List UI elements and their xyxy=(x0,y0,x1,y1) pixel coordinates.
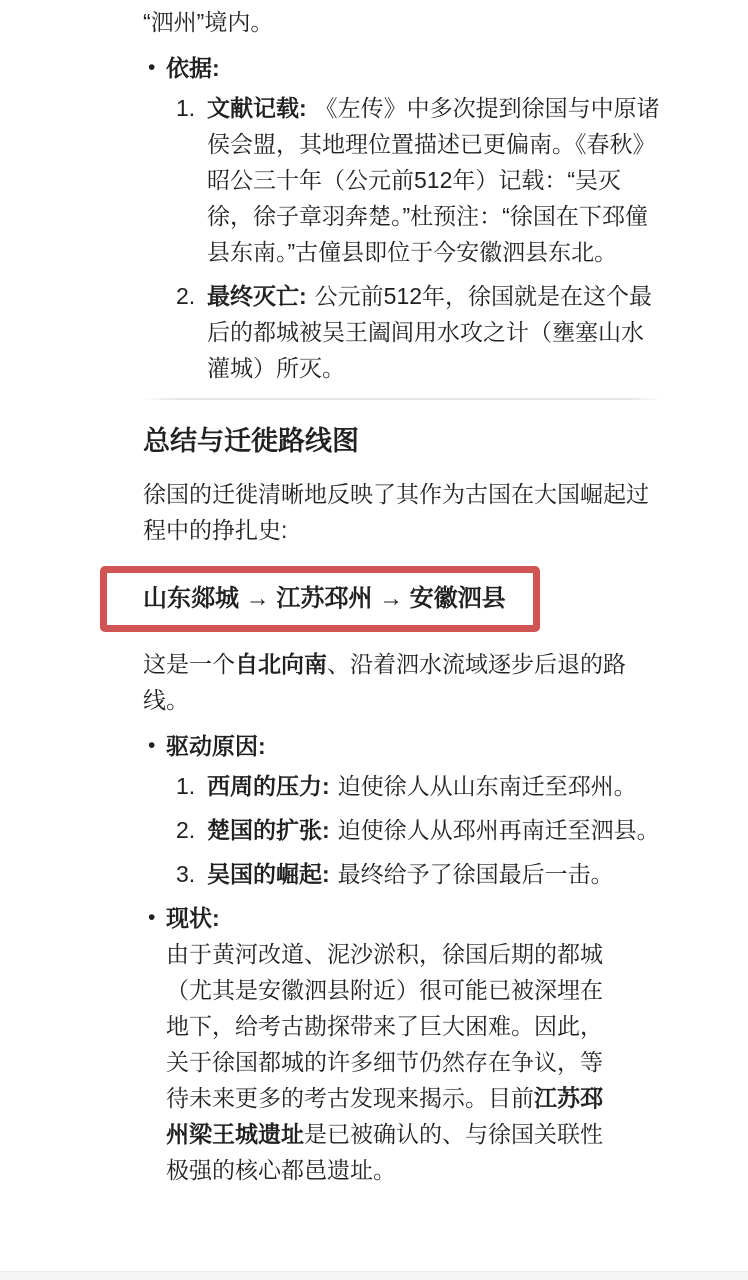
evidence-item-1: 1. 文献记载:《左传》中多次提到徐国与中原诸侯会盟，其地理位置描述已更偏南。《… xyxy=(143,90,662,270)
bullet-item-status: • 现状: xyxy=(143,900,662,936)
bullet-marker: • xyxy=(143,728,166,764)
evidence-label: 依据: xyxy=(166,50,220,86)
drivers-item-3-label: 吴国的崛起: xyxy=(207,861,330,887)
drivers-item-1-body: 迫使徐人从山东南迁至邳州。 xyxy=(330,773,637,799)
message-scroll-area[interactable]: “泗州”境内。 • 依据: 1. 文献记载:《左传》中多次提到徐国与中原诸侯会盟… xyxy=(0,0,748,1271)
evidence-item-1-label: 文献记载: xyxy=(207,95,307,121)
route-note-pre: 这是一个 xyxy=(143,651,235,677)
drivers-item-1-text: 西周的压力:迫使徐人从山东南迁至邳州。 xyxy=(207,768,662,804)
drivers-label: 驱动原因: xyxy=(166,728,266,764)
evidence-item-2-text: 最终灭亡:公元前512年，徐国就是在这个最后的都城被吴王阖闾用水攻之计（壅塞山水… xyxy=(207,278,662,386)
evidence-item-1-text: 文献记载:《左传》中多次提到徐国与中原诸侯会盟，其地理位置描述已更偏南。《春秋》… xyxy=(207,90,662,270)
drivers-item-1-label: 西周的压力: xyxy=(207,773,330,799)
list-number: 3. xyxy=(176,856,207,892)
section-divider xyxy=(143,398,662,400)
drivers-item-3: 3. 吴国的崛起:最终给予了徐国最后一击。 xyxy=(143,856,662,892)
drivers-item-2-body: 迫使徐人从邳州再南迁至泗县。 xyxy=(330,817,660,843)
composer-top-edge[interactable] xyxy=(0,1271,748,1280)
route-note-paragraph: 这是一个自北向南、沿着泗水流域逐步后退的路线。 xyxy=(143,646,662,718)
drivers-item-3-text: 吴国的崛起:最终给予了徐国最后一击。 xyxy=(207,856,662,892)
route-note-bold: 自北向南 xyxy=(235,651,327,677)
drivers-item-2: 2. 楚国的扩张:迫使徐人从邳州再南迁至泗县。 xyxy=(143,812,662,848)
status-paragraph: 由于黄河改道、泥沙淤积，徐国后期的都城（尤其是安徽泗县附近）很可能已被深埋在地下… xyxy=(166,936,662,1188)
list-number: 1. xyxy=(176,90,207,126)
evidence-item-2-label: 最终灭亡: xyxy=(207,283,307,309)
drivers-item-1: 1. 西周的压力:迫使徐人从山东南迁至邳州。 xyxy=(143,768,662,804)
summary-intro-paragraph: 徐国的迁徙清晰地反映了其作为古国在大国崛起过程中的挣扎史: xyxy=(143,476,662,548)
bullet-marker: • xyxy=(143,900,166,936)
list-number: 1. xyxy=(176,768,207,804)
route-highlight-box: 山东郯城 → 江苏邳州 → 安徽泗县 xyxy=(100,566,540,632)
list-number: 2. xyxy=(176,278,207,314)
paragraph-intro-tail: “泗州”境内。 xyxy=(143,4,662,40)
drivers-item-2-text: 楚国的扩张:迫使徐人从邳州再南迁至泗县。 xyxy=(207,812,662,848)
status-label: 现状: xyxy=(166,900,220,936)
route-text: 山东郯城 → 江苏邳州 → 安徽泗县 xyxy=(143,581,506,617)
bullet-item-drivers: • 驱动原因: xyxy=(143,728,662,764)
evidence-item-2: 2. 最终灭亡:公元前512年，徐国就是在这个最后的都城被吴王阖闾用水攻之计（壅… xyxy=(143,278,662,386)
evidence-list: 1. 文献记载:《左传》中多次提到徐国与中原诸侯会盟，其地理位置描述已更偏南。《… xyxy=(143,90,662,386)
drivers-list: 1. 西周的压力:迫使徐人从山东南迁至邳州。 2. 楚国的扩张:迫使徐人从邳州再… xyxy=(143,768,662,892)
section-heading: 总结与迁徙路线图 xyxy=(143,422,662,460)
bullet-item-evidence: • 依据: xyxy=(143,50,662,86)
drivers-item-3-body: 最终给予了徐国最后一击。 xyxy=(330,861,614,887)
list-number: 2. xyxy=(176,812,207,848)
drivers-item-2-label: 楚国的扩张: xyxy=(207,817,330,843)
bullet-marker: • xyxy=(143,50,166,86)
